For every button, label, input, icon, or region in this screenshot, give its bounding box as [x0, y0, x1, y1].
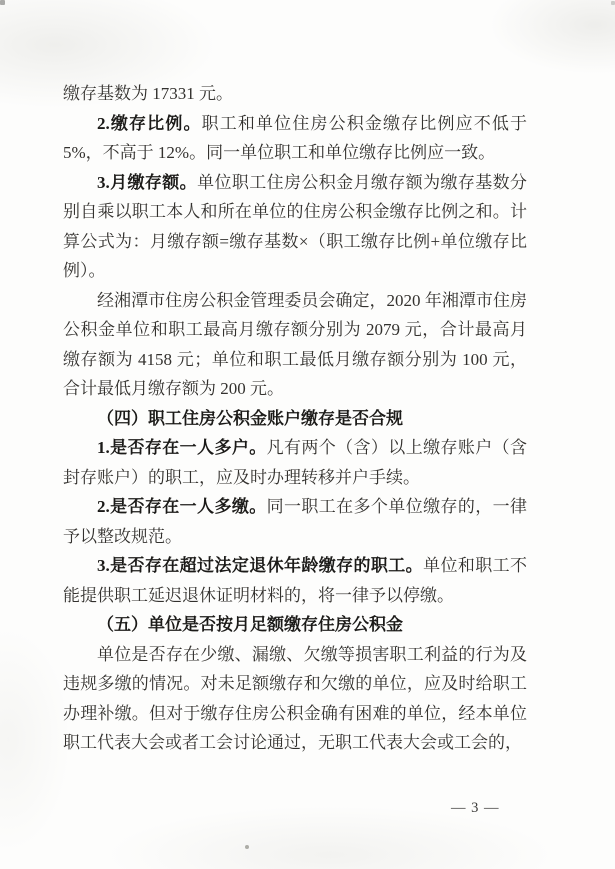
paragraph: 3.是否存在超过法定退休年龄缴存的职工。单位和职工不能提供职工延迟退休证明材料的… — [63, 551, 527, 610]
page-number: — 3 — — [451, 800, 511, 817]
paragraph: 经湘潭市住房公积金管理委员会确定，2020 年湘潭市住房公积金单位和职工最高月缴… — [63, 286, 527, 404]
text-run: 缴存基数为 17331 元。 — [63, 84, 233, 103]
paragraph: 2.是否存在一人多缴。同一职工在多个单位缴存的，一律予以整改规范。 — [63, 492, 527, 551]
bold-text-run: 1.是否存在一人多户。 — [97, 438, 267, 457]
bold-text-run: 3.月缴存额。 — [97, 173, 197, 192]
bold-text-run: （四）职工住房公积金账户缴存是否合规 — [97, 409, 403, 428]
scan-artifact-dot — [245, 845, 249, 849]
document-body: 缴存基数为 17331 元。2.缴存比例。职工和单位住房公积金缴存比例应不低于 … — [63, 79, 527, 758]
bold-text-run: 3.是否存在超过法定退休年龄缴存的职工。 — [97, 556, 423, 575]
section-heading: （四）职工住房公积金账户缴存是否合规 — [63, 404, 527, 434]
scanned-document-page: 缴存基数为 17331 元。2.缴存比例。职工和单位住房公积金缴存比例应不低于 … — [0, 0, 615, 869]
paragraph: 1.是否存在一人多户。凡有两个（含）以上缴存账户（含封存账户）的职工，应及时办理… — [63, 433, 527, 492]
bold-text-run: （五）单位是否按月足额缴存住房公积金 — [97, 615, 403, 634]
text-run: 单位是否存在少缴、漏缴、欠缴等损害职工利益的行为及违规多缴的情况。对未足额缴存和… — [63, 645, 527, 753]
paragraph: 2.缴存比例。职工和单位住房公积金缴存比例应不低于 5%，不高于 12%。同一单… — [63, 109, 527, 168]
bold-text-run: 2.是否存在一人多缴。 — [97, 497, 267, 516]
scan-artifact-corner-speck — [0, 0, 5, 5]
text-run: 经湘潭市住房公积金管理委员会确定，2020 年湘潭市住房公积金单位和职工最高月缴… — [63, 291, 527, 399]
paragraph: 缴存基数为 17331 元。 — [63, 79, 527, 109]
paragraph: 单位是否存在少缴、漏缴、欠缴等损害职工利益的行为及违规多缴的情况。对未足额缴存和… — [63, 640, 527, 758]
section-heading: （五）单位是否按月足额缴存住房公积金 — [63, 610, 527, 640]
scan-artifact-corner-speck — [611, 1, 615, 5]
paragraph: 3.月缴存额。单位职工住房公积金月缴存额为缴存基数分别自乘以职工本人和所在单位的… — [63, 168, 527, 286]
bold-text-run: 2.缴存比例。 — [97, 114, 202, 133]
